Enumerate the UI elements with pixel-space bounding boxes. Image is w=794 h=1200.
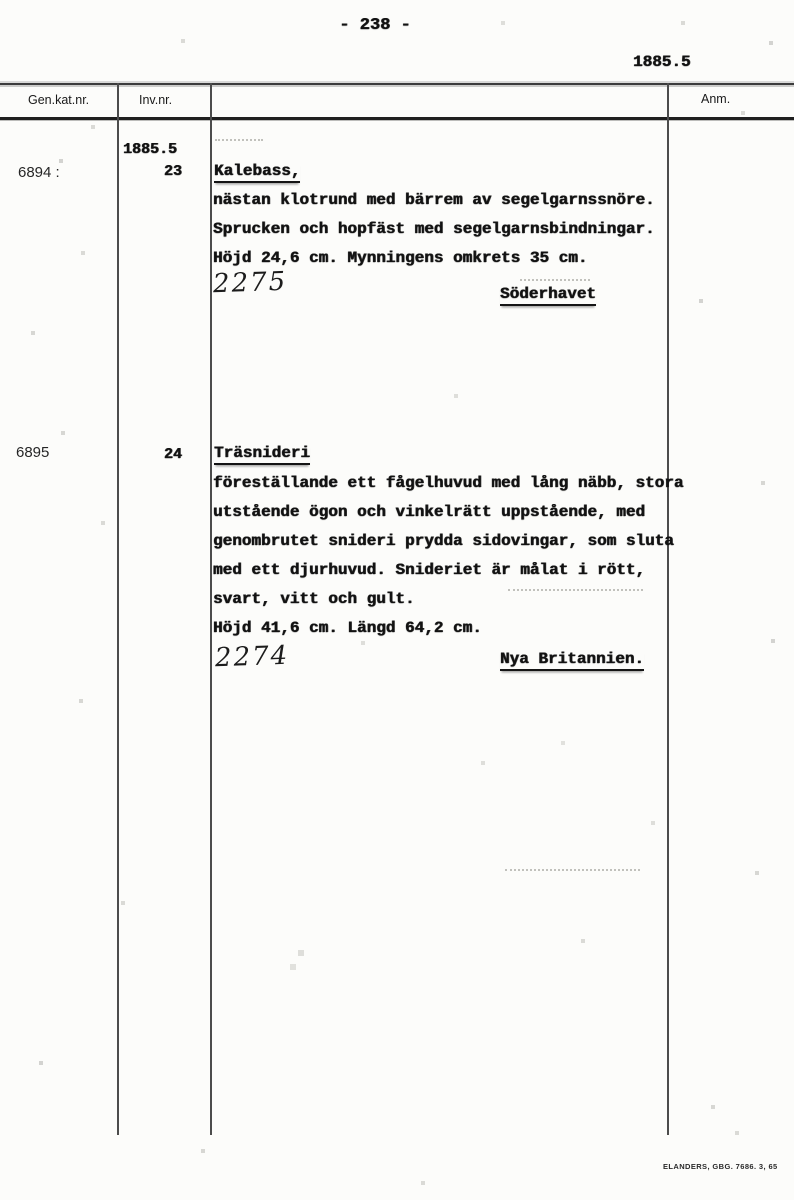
description-line: svart, vitt och gult. <box>213 590 415 608</box>
page-number: - 238 - <box>300 16 450 35</box>
scanned-catalog-page: - 238 - 1885.5 Gen.kat.nr. Inv.nr. Anm. … <box>0 0 794 1200</box>
column-header-anm: Anm. <box>701 92 730 106</box>
entry-inv-nr: 24 <box>140 446 182 463</box>
description-line: Höjd 24,6 cm. Mynningens omkrets 35 cm. <box>213 249 587 267</box>
column-divider-2 <box>210 83 212 1135</box>
entry-inv-year: 1885.5 <box>123 141 177 158</box>
scan-noise-dots <box>505 868 640 871</box>
description-line: nästan klotrund med bärrem av segelgarns… <box>213 191 655 209</box>
table-top-rule <box>0 83 794 85</box>
description-line: genombrutet snideri prydda sidovingar, s… <box>213 532 674 550</box>
year-reference-top: 1885.5 <box>633 53 691 71</box>
printer-mark: ELANDERS, GBG. 7686. 3, 65 <box>663 1162 778 1171</box>
description-line: med ett djurhuvud. Snideriet är målat i … <box>213 561 645 579</box>
scan-noise-dots <box>508 588 643 591</box>
description-line: Sprucken och hopfäst med segelgarnsbindn… <box>213 220 655 238</box>
provenance-label: Nya Britannien. <box>500 650 644 671</box>
scan-noise-dots <box>215 138 263 141</box>
handwritten-number: 2274 <box>214 641 289 674</box>
entry-inv-nr: 23 <box>140 163 182 180</box>
entry-title: Kalebass, <box>214 162 300 183</box>
entry-title: Träsnideri <box>214 444 310 465</box>
column-header-inv-nr: Inv.nr. <box>139 93 172 107</box>
description-line: utstående ögon och vinkelrätt uppstående… <box>213 503 645 521</box>
description-line: Höjd 41,6 cm. Längd 64,2 cm. <box>213 619 482 637</box>
scan-noise-dots <box>520 278 590 281</box>
column-header-gen-kat-nr: Gen.kat.nr. <box>28 93 89 107</box>
scan-noise-speckles <box>0 0 2 2</box>
handwritten-number: 2275 <box>212 267 287 300</box>
column-divider-1 <box>117 83 119 1135</box>
column-divider-3 <box>667 83 669 1135</box>
provenance-label: Söderhavet <box>500 285 596 306</box>
description-line: föreställande ett fågelhuvud med lång nä… <box>213 474 683 492</box>
table-header-rule <box>0 117 794 120</box>
entry-gen-kat-nr: 6895 <box>16 444 49 461</box>
entry-gen-kat-nr: 6894 : <box>18 164 60 181</box>
